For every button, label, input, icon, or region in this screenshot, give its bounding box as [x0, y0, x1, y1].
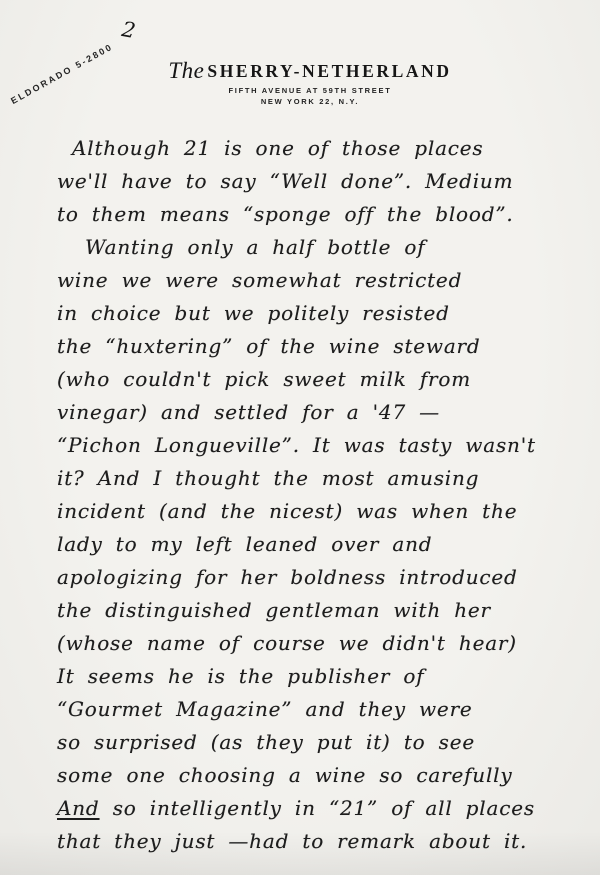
line-remainder: so intelligently in “21” of all places — [113, 796, 535, 820]
hotel-name-line: TheSHERRY-NETHERLAND — [10, 58, 600, 84]
handwritten-line: “Gourmet Magazine” and they were — [57, 693, 562, 726]
handwritten-line: that they just —had to remark about it. — [57, 825, 562, 858]
handwritten-line: it? And I thought the most amusing — [57, 462, 562, 495]
hotel-name-main: SHERRY-NETHERLAND — [207, 61, 451, 81]
handwritten-line: in choice but we politely resisted — [57, 297, 562, 330]
hotel-name-the: The — [168, 58, 204, 83]
handwritten-line: It seems he is the publisher of — [57, 660, 562, 693]
handwritten-line: the distinguished gentleman with her — [57, 594, 562, 627]
letterhead-address-line2: NEW YORK 22, N.Y. — [10, 97, 600, 106]
handwritten-line: (whose name of course we didn't hear) — [57, 627, 562, 660]
handwritten-line: “Pichon Longueville”. It was tasty wasn'… — [57, 429, 562, 462]
letterhead-address-line1: FIFTH AVENUE AT 59TH STREET — [10, 86, 600, 95]
underlined-word: And — [57, 796, 100, 820]
handwritten-line: vinegar) and settled for a '47 — — [57, 396, 562, 429]
handwritten-line: the “huxtering” of the wine steward — [57, 330, 562, 363]
handwritten-line: to them means “sponge off the blood”. — [57, 198, 562, 231]
handwritten-line: wine we were somewhat restricted — [57, 264, 562, 297]
handwritten-line: lady to my left leaned over and — [57, 528, 562, 561]
handwritten-line: Although 21 is one of those places — [57, 132, 562, 165]
handwritten-letter-body: Although 21 is one of those places we'll… — [57, 132, 562, 858]
handwritten-page-number: 2 — [120, 17, 137, 43]
handwritten-line: incident (and the nicest) was when the — [57, 495, 562, 528]
scanned-letter-page: ELDORADO 5-2800 2 TheSHERRY-NETHERLAND F… — [0, 0, 600, 875]
hotel-letterhead: TheSHERRY-NETHERLAND FIFTH AVENUE AT 59T… — [10, 58, 600, 106]
handwritten-line: some one choosing a wine so carefully — [57, 759, 562, 792]
handwritten-line: (who couldn't pick sweet milk from — [57, 363, 562, 396]
handwritten-line: And so intelligently in “21” of all plac… — [57, 792, 562, 825]
handwritten-line: apologizing for her boldness introduced — [57, 561, 562, 594]
handwritten-line: so surprised (as they put it) to see — [57, 726, 562, 759]
handwritten-line: we'll have to say “Well done”. Medium — [57, 165, 562, 198]
handwritten-line: Wanting only a half bottle of — [57, 231, 562, 264]
